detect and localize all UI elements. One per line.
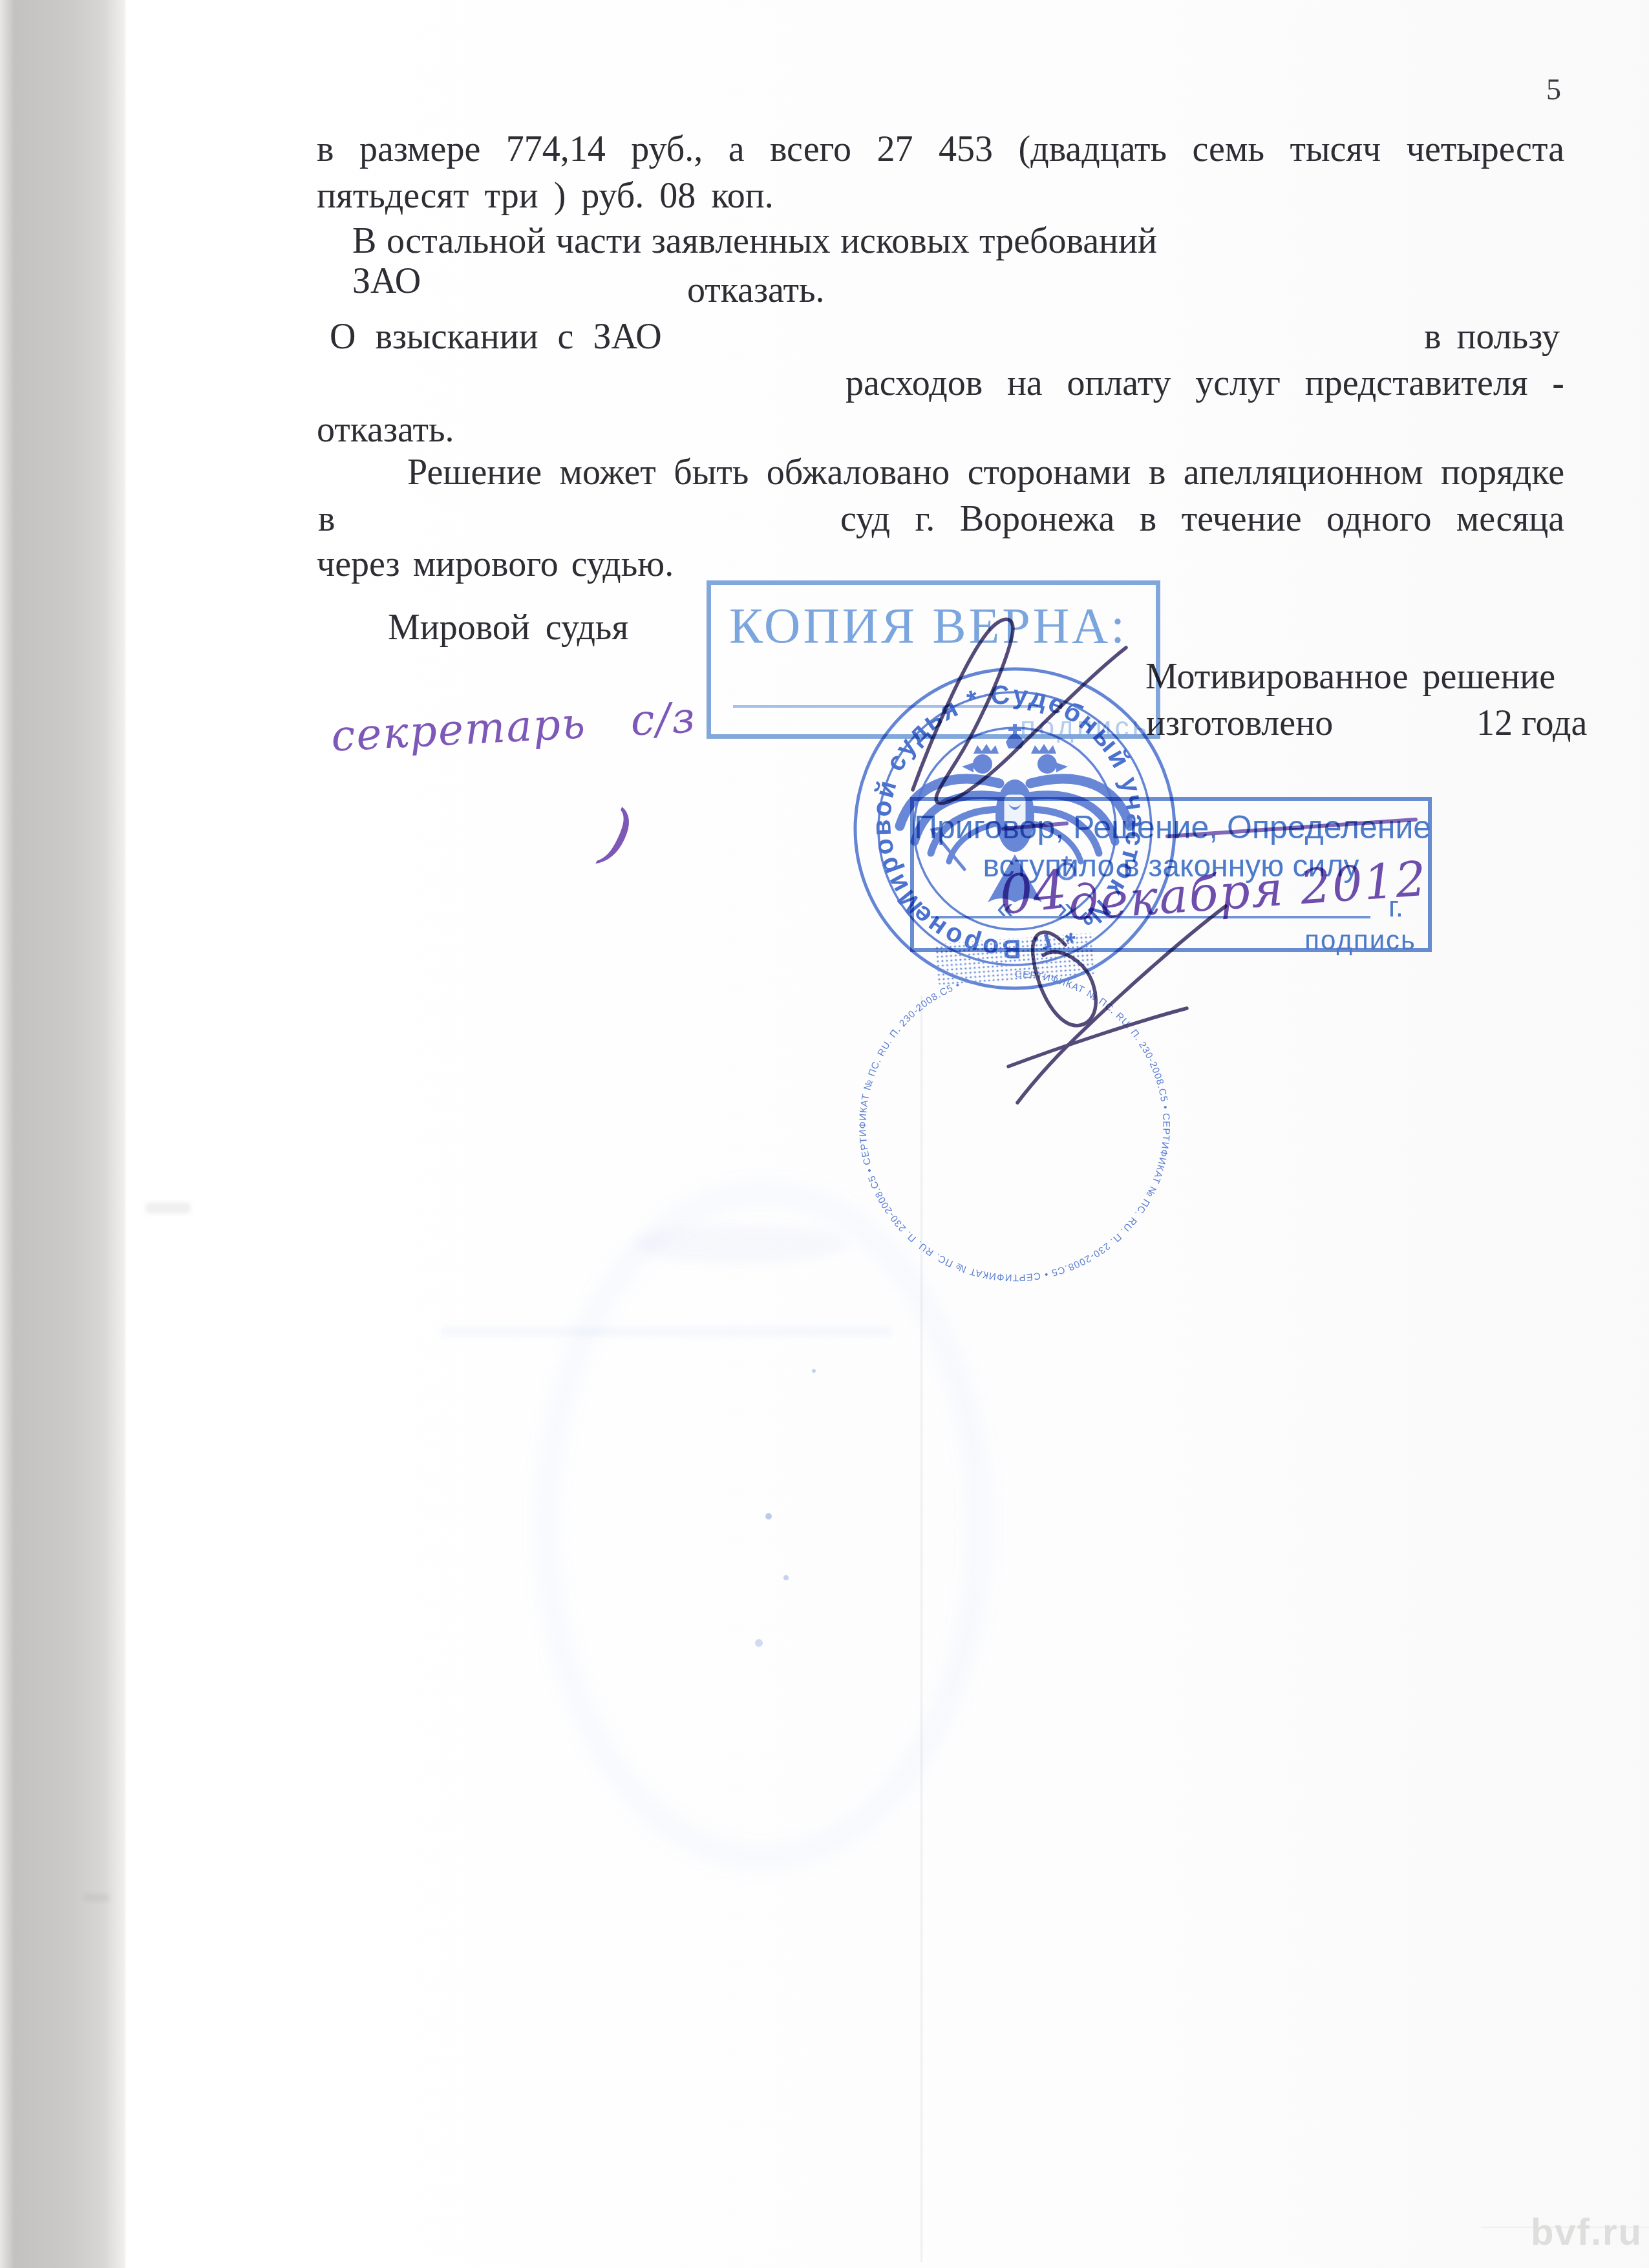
ink-bleed-streak bbox=[440, 1326, 892, 1337]
ink-bleed-dot bbox=[755, 1639, 763, 1647]
copy-stamp-signature-caption: подпись bbox=[1020, 712, 1150, 744]
body-line-amount-2: пятьдесят три ) руб. 08 коп. bbox=[317, 176, 774, 216]
legal-stamp-line-1: Приговор, Решение, Определение bbox=[914, 809, 1428, 846]
motivated-decision-line-1: Мотивированное решение bbox=[1145, 657, 1555, 697]
body-line-appeal-2-right: суд г. Воронежа в течение одного месяца bbox=[840, 499, 1564, 539]
judge-title-label: Мировой судья bbox=[388, 608, 628, 648]
page-number: 5 bbox=[1546, 72, 1561, 107]
scanner-edge-band bbox=[0, 0, 127, 2268]
body-line-recovery-right: в пользу bbox=[1424, 317, 1560, 357]
body-line-appeal-2-left: в bbox=[318, 499, 335, 539]
copy-verified-stamp-title: КОПИЯ ВЕРНА: bbox=[729, 597, 1127, 655]
scan-smudge bbox=[84, 1894, 110, 1902]
body-line-refuse-2: отказать. bbox=[317, 410, 454, 450]
signature-line bbox=[733, 705, 1038, 708]
body-line-appeal-1: Решение может быть обжаловано сторонами … bbox=[407, 452, 1564, 493]
motivated-decision-year: 12 года bbox=[1476, 703, 1587, 743]
scan-smudge bbox=[145, 1202, 191, 1214]
ink-bleed-dot bbox=[765, 1513, 772, 1520]
ink-bleed-dot bbox=[812, 1369, 816, 1373]
site-watermark: bvf.ru bbox=[1531, 2210, 1643, 2254]
ink-bleed-artifact bbox=[537, 1183, 989, 1868]
handwritten-day: 04 bbox=[996, 859, 1070, 927]
body-line-appeal-3: через мирового судью. bbox=[317, 544, 674, 584]
body-line-amount-1: в размере 774,14 руб., а всего 27 453 (д… bbox=[317, 129, 1564, 169]
ink-bleed-streak bbox=[633, 1225, 847, 1264]
body-line-expenses: расходов на оплату услуг представителя - bbox=[846, 363, 1564, 403]
body-line-recovery-left: О взыскании с ЗАО bbox=[330, 317, 662, 357]
scanned-court-document-page: 5 в размере 774,14 руб., а всего 27 453 … bbox=[0, 0, 1649, 2268]
body-line-refuse-1: отказать. bbox=[687, 270, 825, 310]
ink-bleed-dot bbox=[783, 1575, 789, 1580]
motivated-decision-line-2: изготовлено bbox=[1146, 703, 1333, 743]
legal-stamp-signature-caption: подпись bbox=[1304, 925, 1416, 956]
copy-verified-stamp: КОПИЯ ВЕРНА: подпись bbox=[707, 580, 1160, 739]
